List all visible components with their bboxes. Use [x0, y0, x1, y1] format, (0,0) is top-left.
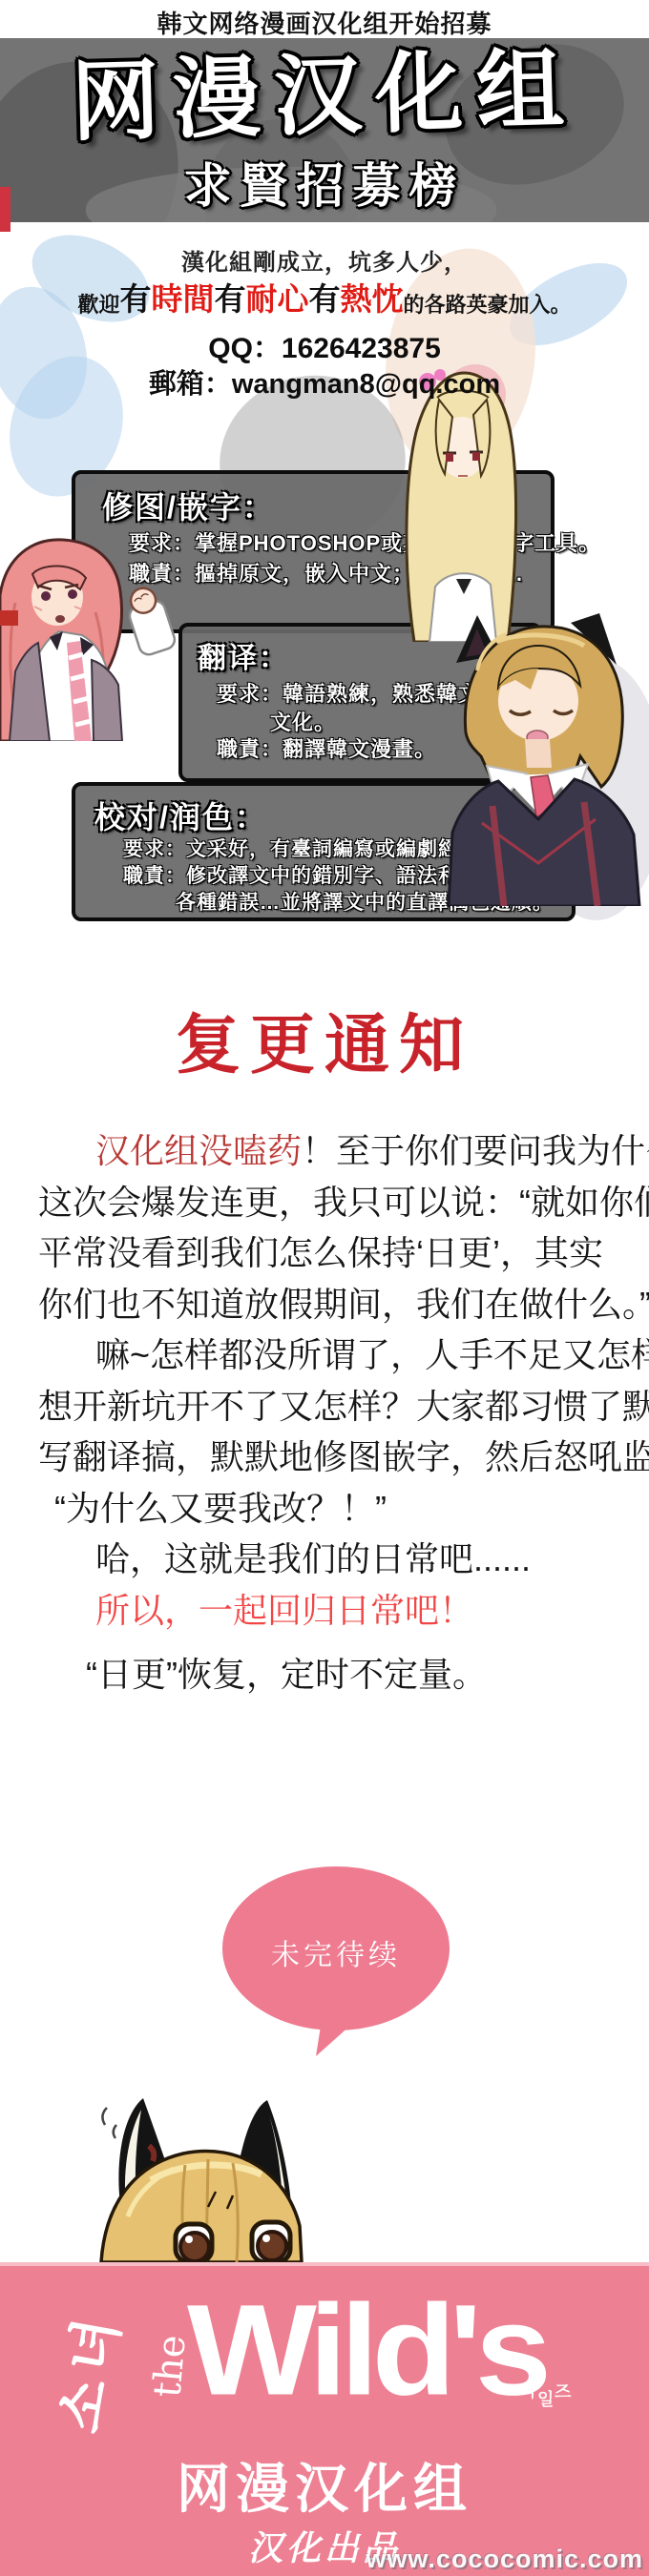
- role-requirement-wrap: 文化。: [270, 707, 336, 736]
- notice-title: 复更通知: [0, 994, 649, 1086]
- mouth: [55, 615, 65, 623]
- page: 韩文网络漫画汉化组开始招募 网漫汉化组 求賢招募榜 漢化組剛成立，坑多人少， 歡…: [0, 0, 649, 2576]
- notice-line-red: 所以，一起回归日常吧！: [38, 1585, 620, 1637]
- eye: [41, 591, 51, 601]
- neck: [525, 739, 552, 768]
- eye: [446, 453, 453, 462]
- raised-fist: [122, 583, 177, 656]
- logo-korean-sub-char: 즈: [555, 2379, 571, 2403]
- motion-lines: [102, 2108, 116, 2138]
- notice-line: 平常没看到我们怎么保持‘日更’，其实: [38, 1227, 620, 1279]
- banner-title: 网漫汉化组: [0, 38, 649, 157]
- intro-text: 歡迎: [77, 293, 119, 317]
- cat-ear-girl-illustration: [439, 613, 649, 906]
- background-red-accent: [0, 610, 18, 626]
- notice-body: 汉化组没嗑药！至于你们要问我为什么 这次会爆发连更，我只可以说：“就如你们 平常…: [38, 1125, 620, 1700]
- role-requirement: 要求：掌握PHOTOSHOP或其他修圖嵌字工具。: [129, 527, 600, 557]
- fox-girl-illustration: [94, 2092, 307, 2262]
- intro-text: 的各路英豪加入。: [404, 293, 572, 317]
- eye: [176, 2224, 212, 2262]
- intro-text-emph: 有: [120, 281, 152, 317]
- banner: 网漫汉化组 求賢招募榜: [0, 38, 649, 222]
- notice-red-text: 汉化组没嗑药: [95, 1131, 302, 1170]
- role-title: 修图/嵌字：: [102, 484, 275, 527]
- logo-korean-sub-char: 일: [537, 2386, 554, 2411]
- intro-text-emph: 有: [309, 281, 341, 317]
- notice-line: “为什么又要我改？！”: [38, 1483, 620, 1535]
- eye: [252, 2222, 290, 2262]
- email-contact: 郵箱：wangman8@qq.com: [0, 362, 649, 402]
- intro-text-red: 耐心: [246, 281, 309, 317]
- footer: 소녀 the Wild's 와 일 즈 网漫汉化组 汉化出品 www.cococ…: [0, 2262, 649, 2576]
- notice-line: 汉化组没嗑药！至于你们要问我为什么: [38, 1125, 620, 1177]
- banner-subtitle: 求賢招募榜: [0, 158, 649, 214]
- notice-line: 你们也不知道放假期间，我们在做什么。”: [38, 1279, 620, 1330]
- logo-wilds: Wild's: [187, 2283, 545, 2418]
- qq-contact: QQ：1626423875: [0, 324, 649, 366]
- intro-text-emph: 有: [215, 281, 246, 317]
- pink-hair-girl-illustration: [0, 536, 191, 741]
- notice-line: 嘛~怎样都没所谓了，人手不足又怎样？: [38, 1329, 620, 1381]
- notice-line: 哈，这就是我们的日常吧......: [38, 1534, 620, 1585]
- role-duty: 職責：翻譯韓文漫畫。: [217, 733, 436, 763]
- notice-line: “日更”恢复，定时不定量。: [38, 1649, 620, 1700]
- background-red-accent: [0, 187, 10, 232]
- intro-line: 漢化組剛成立，坑多人少，: [0, 243, 649, 277]
- intro-text-red: 時間: [152, 281, 215, 317]
- notice-line: 这次会爆发连更，我只可以说：“就如你们: [38, 1177, 620, 1228]
- blazer: [92, 660, 122, 741]
- intro-text-red: 熱忱: [341, 281, 404, 317]
- logo-korean-sub-char: 와: [520, 2378, 536, 2402]
- blonde-girl-illustration: [401, 365, 525, 642]
- to-be-continued-text: 未完待续: [222, 1931, 450, 1973]
- group-name: 网漫汉化组: [0, 2447, 649, 2524]
- eye: [68, 589, 77, 599]
- intro-welcome-line: 歡迎有時間有耐心有熱忱的各路英豪加入。: [0, 275, 649, 319]
- notice-line: 写翻译搞，默默地修图嵌字，然后怒吼监督: [38, 1432, 620, 1483]
- eye: [472, 452, 480, 461]
- speech-bubble-tail: [304, 2020, 370, 2068]
- role-title: 翻译：: [198, 634, 289, 676]
- site-watermark: www.cococomic.com: [366, 2545, 643, 2574]
- role-title: 校对/润色：: [94, 793, 267, 837]
- notice-line: 想开新坑开不了又怎样？大家都习惯了默默: [38, 1381, 620, 1432]
- top-recruitment-notice: 韩文网络漫画汉化组开始招募: [0, 5, 649, 40]
